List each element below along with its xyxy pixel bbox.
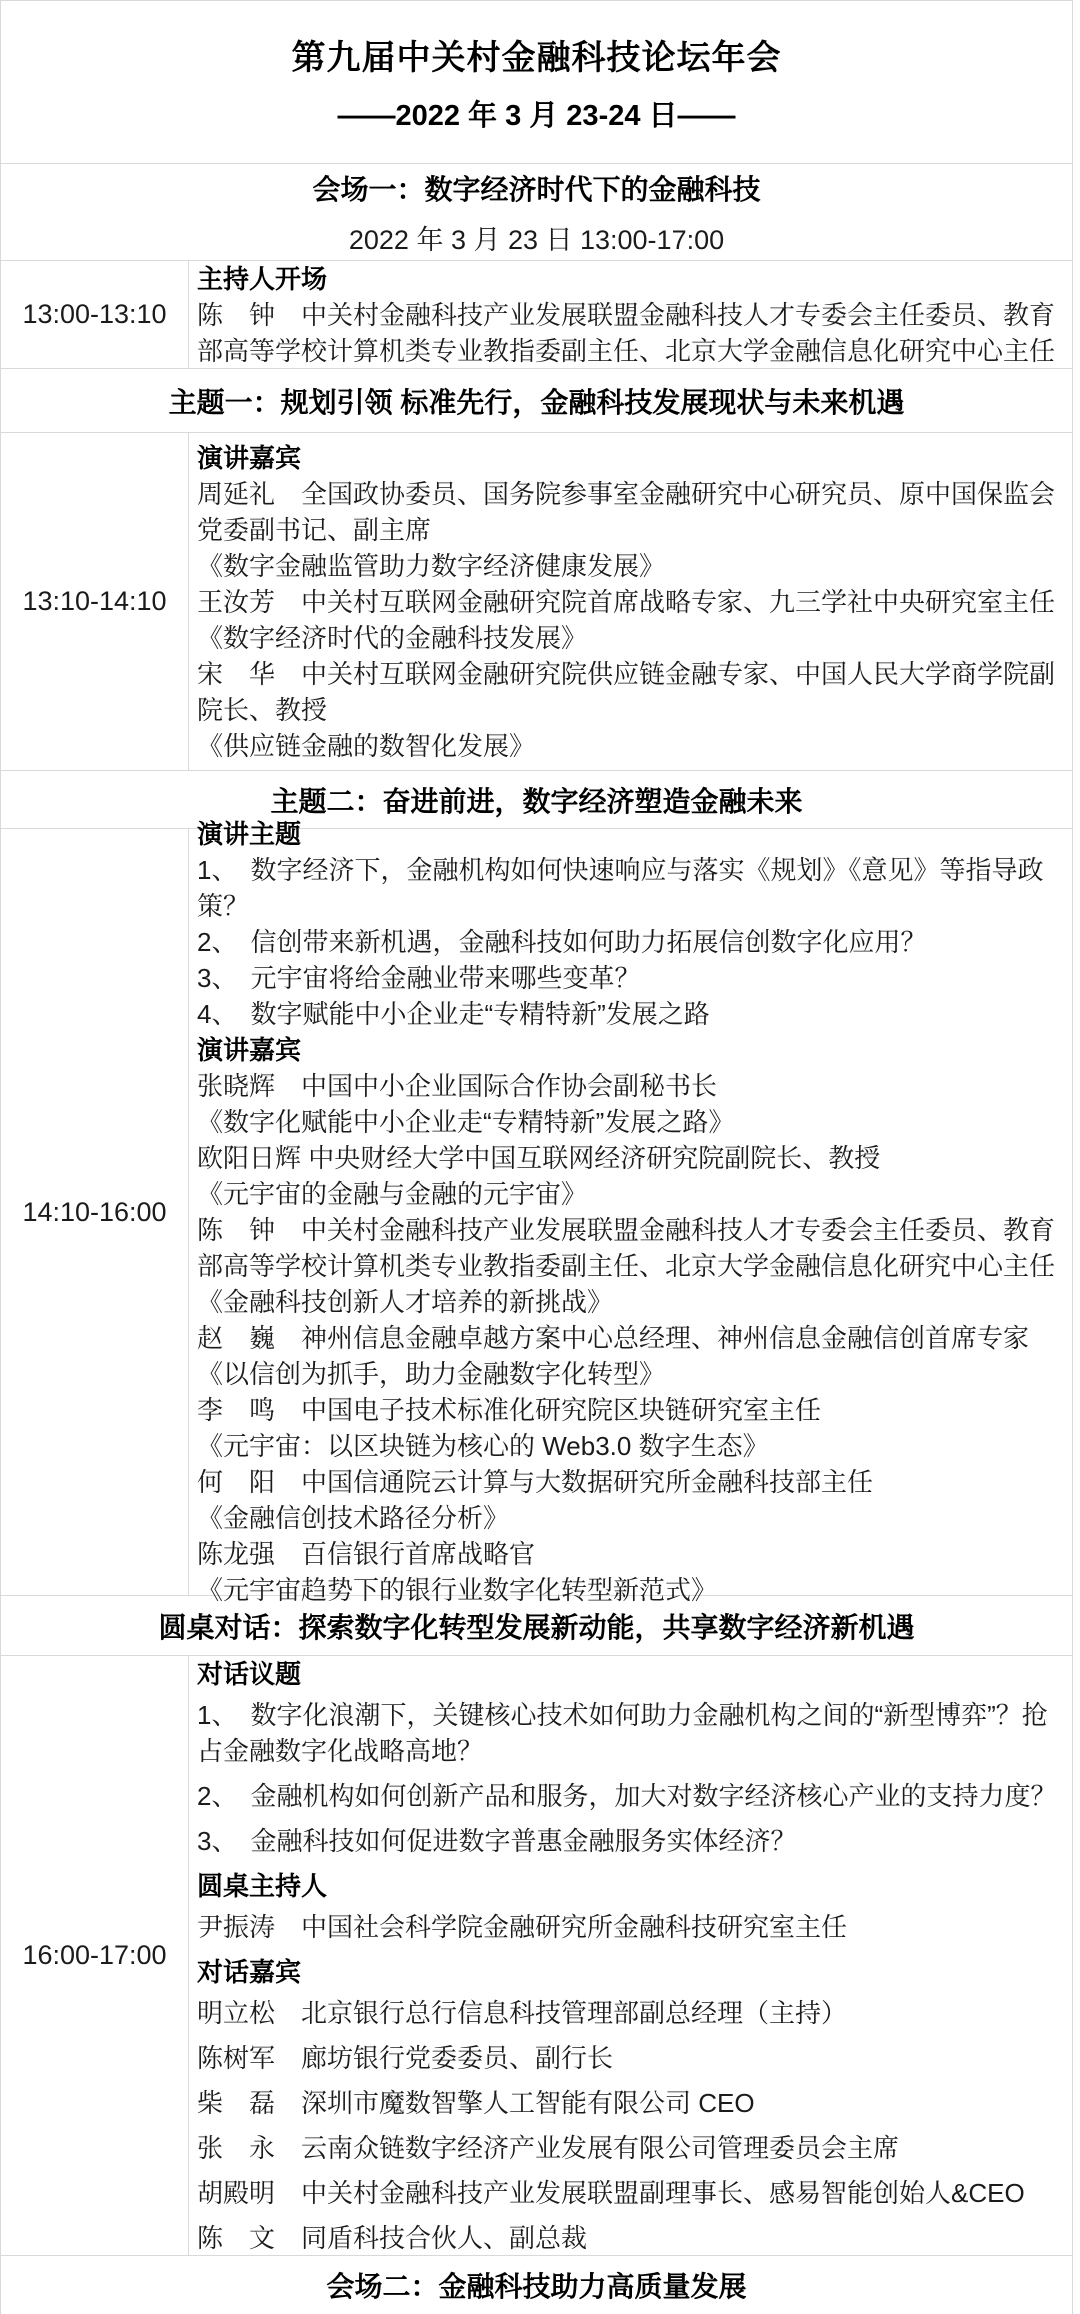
time-range: 16:00-17:00 [22,1940,166,1971]
content-line: 1、 数字经济下，金融机构如何快速响应与落实《规划》《意见》等指导政策？ [197,852,1062,924]
agenda-row: 14:10-16:00演讲主题1、 数字经济下，金融机构如何快速响应与落实《规划… [1,829,1072,1596]
content-line: 陈龙强 百信银行首席战略官 [197,1536,1062,1572]
content-line: 明立松 北京银行总行信息科技管理部副总经理（主持） [197,1995,1062,2031]
session-header: 会场一：数字经济时代下的金融科技2022 年 3 月 23 日 13:00-17… [1,164,1072,261]
content-line: 4、 数字赋能中小企业走“专精特新”发展之路 [197,996,1062,1032]
content-line: 陈 文 同盾科技合伙人、副总裁 [197,2220,1062,2256]
content-line: 《数字经济时代的金融科技发展》 [197,620,1062,656]
content-cell: 演讲嘉宾周延礼 全国政协委员、国务院参事室金融研究中心研究员、原中国保监会党委副… [189,433,1072,770]
session-header: 会场二：金融科技助力高质量发展 [1,2256,1072,2314]
time-cell: 14:10-16:00 [1,829,189,1595]
content-label: 圆桌主持人 [197,1868,1062,1904]
content-line: 3、 金融科技如何促进数字普惠金融服务实体经济？ [197,1823,1062,1859]
content-line: 柴 磊 深圳市魔数智擎人工智能有限公司 CEO [197,2085,1062,2121]
content-line: 《元宇宙趋势下的银行业数字化转型新范式》 [197,1572,1062,1608]
content-line: 宋 华 中关村互联网金融研究院供应链金融专家、中国人民大学商学院副院长、教授 [197,656,1062,728]
content-label: 对话嘉宾 [197,1954,1062,1990]
content-line: 尹振涛 中国社会科学院金融研究所金融科技研究室主任 [197,1909,1062,1945]
page-title: 第九届中关村金融科技论坛年会 [292,30,782,79]
content-line: 欧阳日辉 中央财经大学中国互联网经济研究院副院长、教授 [197,1140,1062,1176]
content-cell: 主持人开场陈 钟 中关村金融科技产业发展联盟金融科技人才专委会主任委员、教育部高… [189,261,1072,368]
content-line: 2、 金融机构如何创新产品和服务，加大对数字经济核心产业的支持力度？ [197,1778,1062,1814]
content-line: 陈 钟 中关村金融科技产业发展联盟金融科技人才专委会主任委员、教育部高等学校计算… [197,297,1062,369]
content-line: 3、 元宇宙将给金融业带来哪些变革？ [197,960,1062,996]
content-cell: 演讲主题1、 数字经济下，金融机构如何快速响应与落实《规划》《意见》等指导政策？… [189,829,1072,1595]
time-cell: 13:00-13:10 [1,261,189,368]
content-line: 陈 钟 中关村金融科技产业发展联盟金融科技人才专委会主任委员、教育部高等学校计算… [197,1212,1062,1284]
agenda-table: 第九届中关村金融科技论坛年会 ——2022 年 3 月 23-24 日—— 会场… [0,0,1073,2314]
topic-header: 圆桌对话：探索数字化转型发展新动能，共享数字经济新机遇 [1,1596,1072,1656]
agenda-row: 13:10-14:10演讲嘉宾周延礼 全国政协委员、国务院参事室金融研究中心研究… [1,433,1072,771]
content-cell: 对话议题1、 数字化浪潮下，关键核心技术如何助力金融机构之间的“新型博弈”？抢占… [189,1656,1072,2255]
topic-header: 主题一：规划引领 标准先行，金融科技发展现状与未来机遇 [1,369,1072,433]
page-date-range: ——2022 年 3 月 23-24 日—— [337,93,735,134]
agenda-row: 13:00-13:10主持人开场陈 钟 中关村金融科技产业发展联盟金融科技人才专… [1,261,1072,369]
topic-header-title: 主题二：奋进前进，数字经济塑造金融未来 [270,780,802,820]
content-line: 1、 数字化浪潮下，关键核心技术如何助力金融机构之间的“新型博弈”？抢占金融数字… [197,1697,1062,1769]
time-cell: 13:10-14:10 [1,433,189,770]
agenda-row: 16:00-17:00对话议题1、 数字化浪潮下，关键核心技术如何助力金融机构之… [1,1656,1072,2256]
session-header-title: 会场二：金融科技助力高质量发展 [326,2265,746,2305]
content-label: 主持人开场 [197,261,1062,297]
content-line: 张 永 云南众链数字经济产业发展有限公司管理委员会主席 [197,2130,1062,2166]
content-line: 《数字化赋能中小企业走“专精特新”发展之路》 [197,1104,1062,1140]
content-line: 周延礼 全国政协委员、国务院参事室金融研究中心研究员、原中国保监会党委副书记、副… [197,476,1062,548]
time-cell: 16:00-17:00 [1,1656,189,2255]
topic-header-title: 圆桌对话：探索数字化转型发展新动能，共享数字经济新机遇 [158,1606,914,1646]
content-line: 《元宇宙的金融与金融的元宇宙》 [197,1176,1062,1212]
content-label: 演讲嘉宾 [197,440,1062,476]
topic-header-title: 主题一：规划引领 标准先行，金融科技发展现状与未来机遇 [169,381,905,421]
content-line: 李 鸣 中国电子技术标准化研究院区块链研究室主任 [197,1392,1062,1428]
content-line: 《元宇宙：以区块链为核心的 Web3.0 数字生态》 [197,1428,1062,1464]
content-line: 《金融科技创新人才培养的新挑战》 [197,1284,1062,1320]
agenda-sections: 会场一：数字经济时代下的金融科技2022 年 3 月 23 日 13:00-17… [1,164,1072,2314]
session-header-datetime: 2022 年 3 月 23 日 13:00-17:00 [349,218,724,257]
content-line: 何 阳 中国信通院云计算与大数据研究所金融科技部主任 [197,1464,1062,1500]
content-line: 《金融信创技术路径分析》 [197,1500,1062,1536]
content-label: 演讲主题 [197,816,1062,852]
session-header-title: 会场一：数字经济时代下的金融科技 [312,168,760,208]
title-block: 第九届中关村金融科技论坛年会 ——2022 年 3 月 23-24 日—— [1,1,1072,164]
content-line: 赵 巍 神州信息金融卓越方案中心总经理、神州信息金融信创首席专家 [197,1320,1062,1356]
content-line: 陈树军 廊坊银行党委委员、副行长 [197,2040,1062,2076]
content-line: 《供应链金融的数智化发展》 [197,728,1062,764]
content-line: 《数字金融监管助力数字经济健康发展》 [197,548,1062,584]
time-range: 13:10-14:10 [22,586,166,617]
time-range: 14:10-16:00 [22,1197,166,1228]
content-line: 王汝芳 中关村互联网金融研究院首席战略专家、九三学社中央研究室主任 [197,584,1062,620]
content-line: 张晓辉 中国中小企业国际合作协会副秘书长 [197,1068,1062,1104]
content-line: 胡殿明 中关村金融科技产业发展联盟副理事长、感易智能创始人&CEO [197,2175,1062,2211]
content-label: 对话议题 [197,1656,1062,1692]
content-label: 演讲嘉宾 [197,1032,1062,1068]
time-range: 13:00-13:10 [22,299,166,330]
content-line: 2、 信创带来新机遇，金融科技如何助力拓展信创数字化应用？ [197,924,1062,960]
content-line: 《以信创为抓手，助力金融数字化转型》 [197,1356,1062,1392]
